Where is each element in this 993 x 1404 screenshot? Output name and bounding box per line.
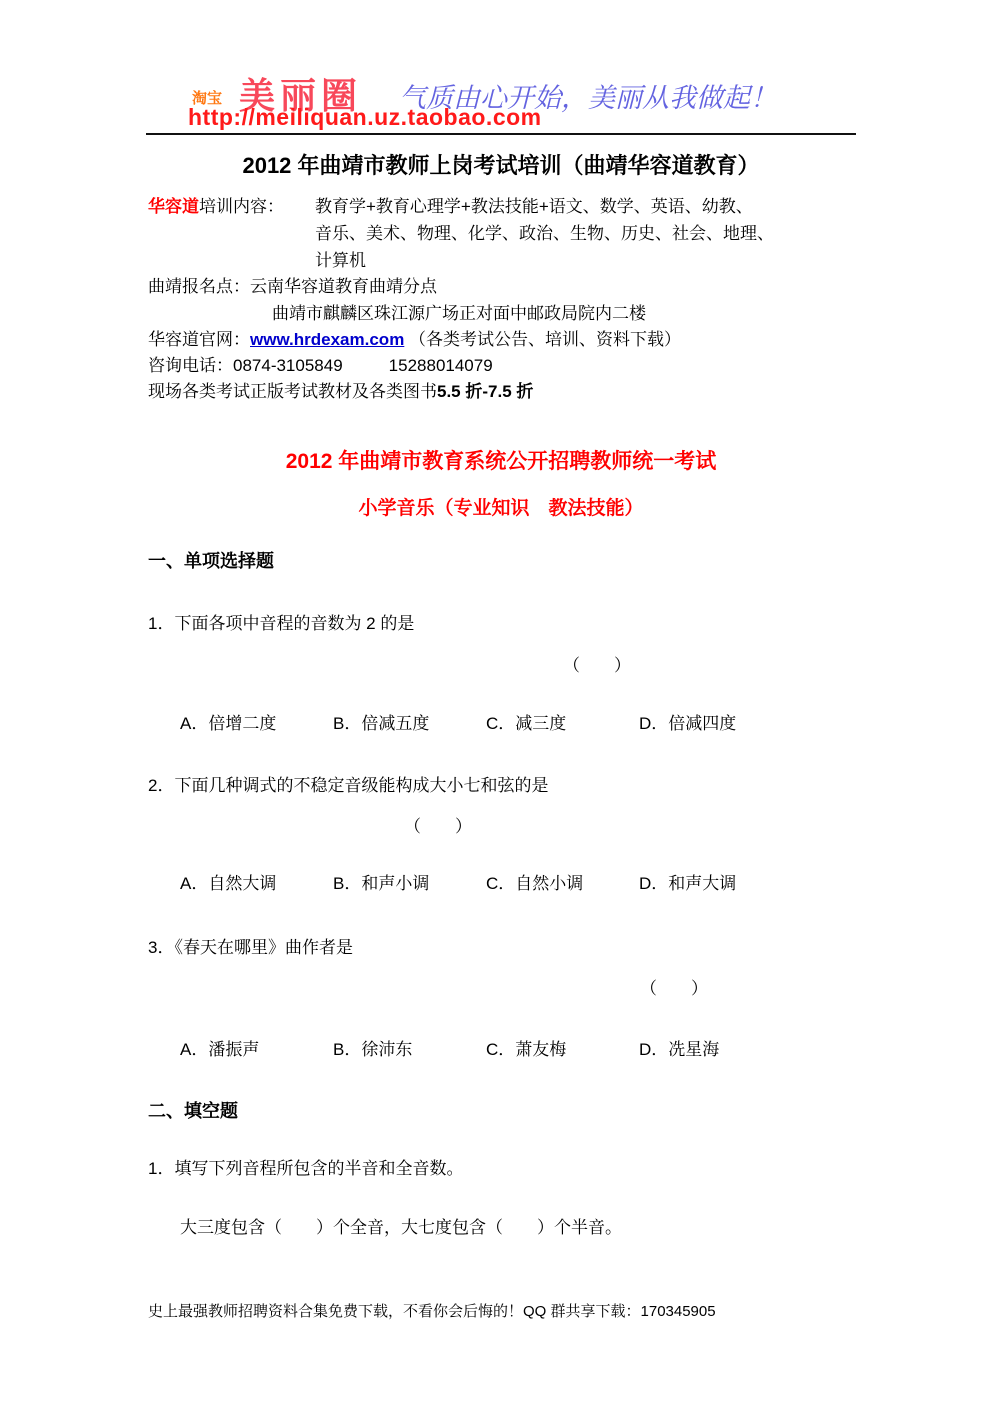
question-1-option-c: C．减三度 [486, 709, 639, 734]
question-3-answer-paren: （ ） [640, 974, 708, 999]
exam-subtitle: 小学音乐（专业知识 教法技能） [148, 493, 854, 520]
content-label: 培训内容： [199, 197, 284, 216]
question-3-option-a: A．潘振声 [180, 1035, 333, 1060]
signup-location-line: 曲靖报名点：云南华容道教育曲靖分点 [148, 272, 437, 297]
document-title: 2012 年曲靖市教师上岗考试培训（曲靖华容道教育） [148, 149, 854, 180]
question-3-option-b: B．徐沛东 [333, 1035, 486, 1060]
question-2-text: 2．下面几种调式的不稳定音级能构成大小七和弦的是 [148, 771, 548, 796]
exam-title: 2012 年曲靖市教育系统公开招聘教师统一考试 [148, 445, 854, 475]
footer-promo-text: 史上最强教师招聘资料合集免费下载，不看你会后悔的！QQ 群共享下载：170345… [148, 1300, 716, 1321]
question-1-options: A．倍增二度B．倍减五度C．减三度D．倍减四度 [180, 709, 792, 734]
training-content-line-3: 计算机 [315, 246, 366, 271]
question-2-option-a: A．自然大调 [180, 869, 333, 894]
document-page: 淘宝 美丽圈 气质由心开始，美丽从我做起！ http://meiliquan.u… [0, 0, 993, 1404]
fill-blank-line: 大三度包含（ ）个全音，大七度包含（ ）个半音。 [180, 1213, 622, 1238]
discount-text: 现场各类考试正版考试教材及各类图书 [148, 382, 437, 401]
content-subjects-1: 教育学+教育心理学+教法技能+语文、数学、英语、幼教、 [315, 197, 753, 216]
training-content-label: 华容道培训内容： [148, 192, 315, 217]
fill-question-text: 1．填写下列音程所包含的半音和全音数。 [148, 1154, 463, 1179]
question-1-option-b: B．倍减五度 [333, 709, 486, 734]
question-2-answer-paren: （ ） [404, 812, 472, 837]
site-note: （各类考试公告、培训、资料下载） [409, 330, 681, 349]
section-2-heading: 二、填空题 [148, 1097, 238, 1123]
question-3-option-d: D．冼星海 [639, 1035, 792, 1060]
question-3-text: 3．《春天在哪里》曲作者是 [148, 933, 353, 958]
training-content-line-2: 音乐、美术、物理、化学、政治、生物、历史、社会、地理、 [315, 219, 774, 244]
phone-number-1: 0874-3105849 [233, 356, 343, 375]
question-2-options: A．自然大调B．和声小调C．自然小调D．和声大调 [180, 869, 792, 894]
question-2-option-b: B．和声小调 [333, 869, 486, 894]
question-2-option-d: D．和声大调 [639, 869, 792, 894]
header-divider [146, 133, 856, 135]
question-3-options: A．潘振声B．徐沛东C．萧友梅D．冼星海 [180, 1035, 792, 1060]
official-site-link[interactable]: www.hrdexam.com [250, 330, 404, 349]
brand-name-red: 华容道 [148, 197, 199, 216]
question-1-text: 1．下面各项中音程的音数为 2 的是 [148, 609, 414, 634]
discount-rate: 5.5 折-7.5 折 [437, 382, 533, 401]
section-1-heading: 一、单项选择题 [148, 547, 274, 573]
question-1-option-d: D．倍减四度 [639, 709, 792, 734]
phone-label: 咨询电话： [148, 356, 233, 375]
signup-address-line: 曲靖市麒麟区珠江源广场正对面中邮政局院内二楼 [272, 299, 646, 324]
phone-line: 咨询电话：0874-310584915288014079 [148, 351, 493, 376]
site-label: 华容道官网： [148, 330, 250, 349]
question-1-option-a: A．倍增二度 [180, 709, 333, 734]
question-3-option-c: C．萧友梅 [486, 1035, 639, 1060]
official-site-line: 华容道官网：www.hrdexam.com （各类考试公告、培训、资料下载） [148, 325, 681, 350]
question-1-answer-paren: （ ） [563, 651, 631, 676]
question-2-option-c: C．自然小调 [486, 869, 639, 894]
discount-line: 现场各类考试正版考试教材及各类图书5.5 折-7.5 折 [148, 377, 533, 402]
phone-number-2: 15288014079 [389, 356, 493, 375]
shop-url-link[interactable]: http://meiliquan.uz.taobao.com [188, 104, 542, 131]
training-content-line-1: 华容道培训内容：教育学+教育心理学+教法技能+语文、数学、英语、幼教、 [148, 192, 753, 217]
